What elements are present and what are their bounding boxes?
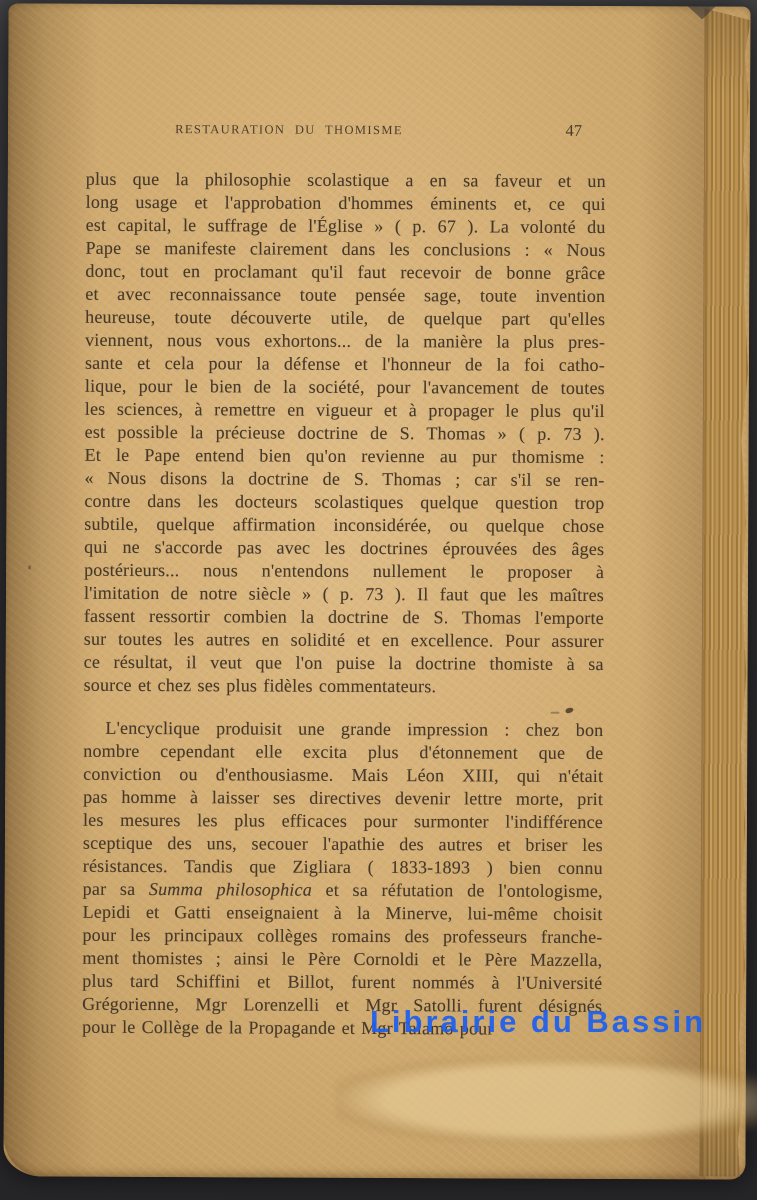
paper-stain	[336, 1057, 757, 1145]
text-line: est capital, le suffrage de l'Église » (…	[86, 214, 606, 239]
text-line: plus que la philosophie scolastique a en…	[86, 168, 606, 193]
text-line: heureuse, toute découverte utile, de que…	[85, 306, 605, 331]
text-column: RESTAURATION DU THOMISME 47 plus que la …	[82, 122, 606, 1041]
text-line: est possible la précieuse doctrine de S.…	[85, 421, 605, 446]
running-header: RESTAURATION DU THOMISME 47	[86, 122, 606, 141]
text-line: Et le Pape entend bien qu'on revienne au…	[85, 444, 605, 469]
text-line: viennent, nous vous exhortons... de la m…	[85, 329, 605, 354]
text-line: « Nous disons la doctrine de S. Thomas ;…	[84, 467, 604, 492]
ink-fleck	[28, 565, 31, 569]
page-title: RESTAURATION DU THOMISME	[29, 121, 549, 138]
text-line: pas homme à laisser ses directives deven…	[83, 786, 603, 811]
text-line: postérieurs... nous n'entendons nullemen…	[84, 559, 604, 584]
text-line: résistances. Tandis que Zigliara ( 1833-…	[83, 855, 603, 880]
text-line: fassent ressortir combien la doctrine de…	[84, 605, 604, 630]
text-line: source et chez ses plus fidèles commenta…	[84, 674, 604, 699]
text-line: nombre cependant elle excita plus d'éton…	[83, 740, 603, 765]
text-line: contre dans les docteurs scolastiques qu…	[84, 490, 604, 515]
bookseller-watermark: Librairie du Bassin	[370, 1005, 706, 1039]
text-line: Lepidi et Gatti enseignaient à la Minerv…	[83, 901, 603, 926]
text-line: sceptique des uns, secouer l'apathie des…	[83, 832, 603, 857]
text-line: par sa Summa philosophica et sa réfutati…	[83, 878, 603, 903]
paragraph: L'encyclique produisit une grande impres…	[82, 717, 603, 1041]
text-line: qui ne s'accorde pas avec les doctrines …	[84, 536, 604, 561]
text-line: donc, tout en proclamant qu'il faut rece…	[85, 260, 605, 285]
text-line: ment thomistes ; ainsi le Père Cornoldi …	[82, 947, 602, 972]
text-line: et avec reconnaissance toute pensée sage…	[85, 283, 605, 308]
book-photo: RESTAURATION DU THOMISME 47 plus que la …	[0, 0, 757, 1200]
text-line: lique, pour le bien de la société, pour …	[85, 375, 605, 400]
page-body-text: plus que la philosophie scolastique a en…	[82, 168, 606, 1041]
text-line: sante et cela pour la défense et l'honne…	[85, 352, 605, 377]
text-line: ce résultat, il veut que l'on puise la d…	[84, 651, 604, 676]
text-line: Pape se manifeste clairement dans les co…	[85, 237, 605, 262]
text-line: l'imitation de notre siècle » ( p. 73 ).…	[84, 582, 604, 607]
text-line: plus tard Schiffini et Billot, furent no…	[82, 970, 602, 995]
text-line: les sciences, à remettre en vigueur et à…	[85, 398, 605, 423]
text-line: long usage et l'approbation d'hommes émi…	[86, 191, 606, 216]
text-line: L'encyclique produisit une grande impres…	[83, 717, 603, 742]
paragraph: plus que la philosophie scolastique a en…	[84, 168, 606, 699]
page-number: 47	[565, 121, 582, 141]
text-line: les mesures les plus efficaces pour surm…	[83, 809, 603, 834]
text-line: subtile, quelque affirmation inconsidéré…	[84, 513, 604, 538]
text-line: conviction ou d'enthousiasme. Mais Léon …	[83, 763, 603, 788]
text-line: pour les principaux collèges romains des…	[82, 924, 602, 949]
text-line: sur toutes les autres en solidité et en …	[84, 628, 604, 653]
